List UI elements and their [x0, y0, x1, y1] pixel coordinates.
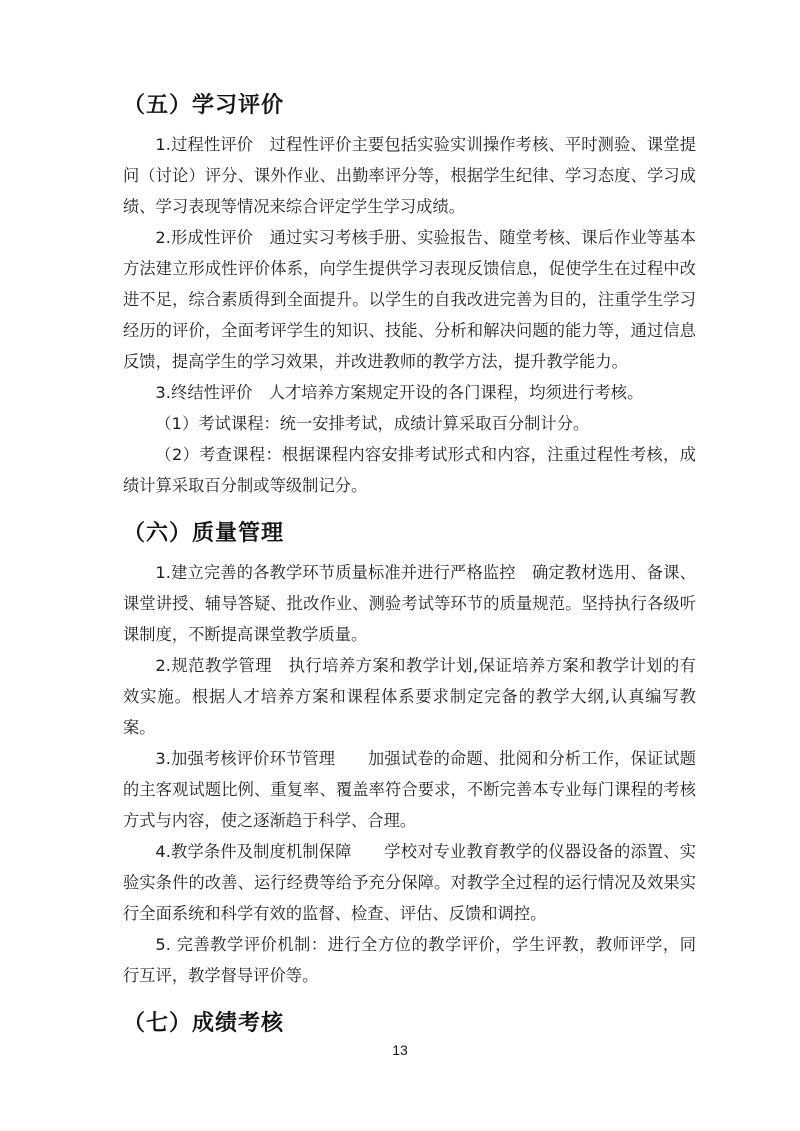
- paragraph-teaching-conditions: 4.教学条件及制度机制保障 学校对专业教育教学的仪器设备的添置、实验实条件的改善…: [123, 836, 696, 929]
- document-page: （五）学习评价 1.过程性评价 过程性评价主要包括实验实训操作考核、平时测验、课…: [0, 0, 800, 1131]
- section-body-learning-evaluation: 1.过程性评价 过程性评价主要包括实验实训操作考核、平时测验、课堂提问（讨论）评…: [123, 129, 696, 501]
- section-heading-grade-assessment: （七）成绩考核: [123, 1008, 696, 1040]
- paragraph-teaching-management: 2.规范教学管理 执行培养方案和教学计划,保证培养方案和教学计划的有效实施。根据…: [123, 650, 696, 743]
- paragraph-formative-evaluation: 2.形成性评价 通过实习考核手册、实验报告、随堂考核、课后作业等基本方法建立形成…: [123, 222, 696, 377]
- paragraph-summative-evaluation: 3.终结性评价 人才培养方案规定开设的各门课程，均须进行考核。: [123, 377, 696, 408]
- paragraph-process-evaluation: 1.过程性评价 过程性评价主要包括实验实训操作考核、平时测验、课堂提问（讨论）评…: [123, 129, 696, 222]
- section-heading-quality-management: （六）质量管理: [123, 518, 696, 550]
- paragraph-exam-courses: （1）考试课程：统一安排考试，成绩计算采取百分制计分。: [123, 408, 696, 439]
- paragraph-assessment-courses: （2）考查课程：根据课程内容安排考试形式和内容，注重过程性考核，成绩计算采取百分…: [123, 439, 696, 501]
- page-content: （五）学习评价 1.过程性评价 过程性评价主要包括实验实训操作考核、平时测验、课…: [123, 90, 696, 1040]
- page-number: 13: [0, 1042, 800, 1058]
- section-heading-learning-evaluation: （五）学习评价: [123, 90, 696, 122]
- paragraph-exam-management: 3.加强考核评价环节管理 加强试卷的命题、批阅和分析工作，保证试题的主客观试题比…: [123, 743, 696, 836]
- paragraph-evaluation-mechanism: 5. 完善教学评价机制：进行全方位的教学评价，学生评教，教师评学，同行互评，教学…: [123, 929, 696, 991]
- section-body-quality-management: 1.建立完善的各教学环节质量标准并进行严格监控 确定教材选用、备课、课堂讲授、辅…: [123, 557, 696, 991]
- paragraph-quality-standards: 1.建立完善的各教学环节质量标准并进行严格监控 确定教材选用、备课、课堂讲授、辅…: [123, 557, 696, 650]
